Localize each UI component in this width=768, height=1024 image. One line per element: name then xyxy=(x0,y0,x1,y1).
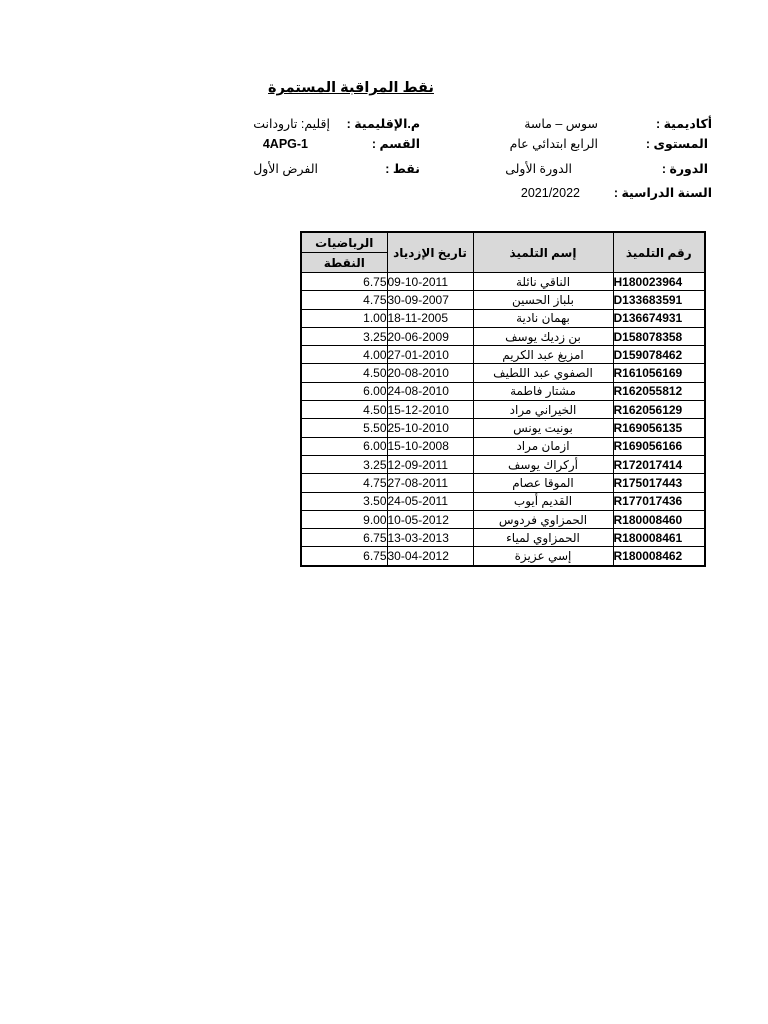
col-header-dob: تاريخ الإزدياد xyxy=(387,232,473,273)
student-id-cell: R180008460 xyxy=(613,510,705,528)
table-row: D158078358بن زديك يوسف20-06-20093.25 xyxy=(301,327,705,345)
grade-cell: 3.50 xyxy=(301,492,387,510)
student-name-cell: إسي عزيزة xyxy=(473,547,613,566)
dob-cell: 12-09-2011 xyxy=(387,455,473,473)
col-header-student-id: رقم التلميذ xyxy=(613,232,705,273)
table-row: R180008461الحمزاوي لمياء13-03-20136.75 xyxy=(301,529,705,547)
level-label: المستوى : xyxy=(646,137,708,152)
student-id-cell: R162056129 xyxy=(613,401,705,419)
grade-cell: 3.25 xyxy=(301,327,387,345)
table-row: R161056169الصفوي عبد اللطيف20-08-20104.5… xyxy=(301,364,705,382)
student-name-cell: بونيت يونس xyxy=(473,419,613,437)
session-label: الدورة : xyxy=(662,162,708,177)
dob-cell: 10-05-2012 xyxy=(387,510,473,528)
table-row: D136674931بهمان نادية18-11-20051.00 xyxy=(301,309,705,327)
dob-cell: 30-09-2007 xyxy=(387,291,473,309)
col-header-subject: الرياضيات xyxy=(301,232,387,253)
student-name-cell: أركراك يوسف xyxy=(473,455,613,473)
dob-cell: 13-03-2013 xyxy=(387,529,473,547)
table-row: R169056135بونيت يونس25-10-20105.50 xyxy=(301,419,705,437)
student-name-cell: امزيغ عبد الكريم xyxy=(473,346,613,364)
grade-cell: 4.50 xyxy=(301,401,387,419)
grade-cell: 9.00 xyxy=(301,510,387,528)
grade-cell: 6.75 xyxy=(301,529,387,547)
marks-value: الفرض الأول xyxy=(253,162,318,177)
student-name-cell: الناقي نائلة xyxy=(473,273,613,291)
student-name-cell: الموقا عصام xyxy=(473,474,613,492)
academy-value: سوس – ماسة xyxy=(524,117,598,132)
dob-cell: 20-06-2009 xyxy=(387,327,473,345)
school-year-value: 2021/2022 xyxy=(521,186,580,201)
student-id-cell: R162055812 xyxy=(613,382,705,400)
student-name-cell: الخيراني مراد xyxy=(473,401,613,419)
table-row: D159078462امزيغ عبد الكريم27-01-20104.00 xyxy=(301,346,705,364)
grade-cell: 1.00 xyxy=(301,309,387,327)
level-value: الرابع ابتدائي عام xyxy=(510,137,598,152)
dob-cell: 24-05-2011 xyxy=(387,492,473,510)
grade-cell: 4.75 xyxy=(301,291,387,309)
student-name-cell: الصفوي عبد اللطيف xyxy=(473,364,613,382)
table-row: R169056166ازمان مراد15-10-20086.00 xyxy=(301,437,705,455)
student-name-cell: الحمزاوي فردوس xyxy=(473,510,613,528)
dob-cell: 20-08-2010 xyxy=(387,364,473,382)
marks-label: نقط : xyxy=(385,162,420,177)
table-row: R172017414أركراك يوسف12-09-20113.25 xyxy=(301,455,705,473)
document-page: نقط المراقبة المستمرة أكاديمية : سوس – م… xyxy=(0,0,768,1024)
grade-cell: 6.00 xyxy=(301,437,387,455)
province-directorate-value: إقليم: تارودانت xyxy=(253,117,330,132)
student-name-cell: مشتار فاطمة xyxy=(473,382,613,400)
student-name-cell: بن زديك يوسف xyxy=(473,327,613,345)
dob-cell: 15-12-2010 xyxy=(387,401,473,419)
header-row-1: رقم التلميذ إسم التلميذ تاريخ الإزدياد ا… xyxy=(301,232,705,253)
province-directorate-label: م.الإقليمية : xyxy=(347,117,420,132)
grades-table: رقم التلميذ إسم التلميذ تاريخ الإزدياد ا… xyxy=(300,231,706,567)
dob-cell: 09-10-2011 xyxy=(387,273,473,291)
grade-cell: 4.75 xyxy=(301,474,387,492)
student-name-cell: القديم أيوب xyxy=(473,492,613,510)
student-id-cell: R169056135 xyxy=(613,419,705,437)
student-id-cell: R177017436 xyxy=(613,492,705,510)
student-name-cell: الحمزاوي لمياء xyxy=(473,529,613,547)
academy-label: أكاديمية : xyxy=(656,117,712,132)
dob-cell: 30-04-2012 xyxy=(387,547,473,566)
dob-cell: 24-08-2010 xyxy=(387,382,473,400)
student-id-cell: R175017443 xyxy=(613,474,705,492)
table-row: R175017443الموقا عصام27-08-20114.75 xyxy=(301,474,705,492)
session-value: الدورة الأولى xyxy=(505,162,572,177)
dob-cell: 18-11-2005 xyxy=(387,309,473,327)
grade-cell: 6.75 xyxy=(301,547,387,566)
student-id-cell: R169056166 xyxy=(613,437,705,455)
dob-cell: 15-10-2008 xyxy=(387,437,473,455)
table-row: R180008460الحمزاوي فردوس10-05-20129.00 xyxy=(301,510,705,528)
dob-cell: 27-08-2011 xyxy=(387,474,473,492)
col-header-grade: النقطة xyxy=(301,253,387,273)
student-name-cell: بهمان نادية xyxy=(473,309,613,327)
student-name-cell: ازمان مراد xyxy=(473,437,613,455)
dob-cell: 25-10-2010 xyxy=(387,419,473,437)
page-title: نقط المراقبة المستمرة xyxy=(266,80,436,96)
student-id-cell: D133683591 xyxy=(613,291,705,309)
student-id-cell: D136674931 xyxy=(613,309,705,327)
table-row: R180008462إسي عزيزة30-04-20126.75 xyxy=(301,547,705,566)
grade-cell: 6.75 xyxy=(301,273,387,291)
table-row: H180023964الناقي نائلة09-10-20116.75 xyxy=(301,273,705,291)
student-table-body: H180023964الناقي نائلة09-10-20116.75D133… xyxy=(301,273,705,566)
grade-cell: 3.25 xyxy=(301,455,387,473)
student-name-cell: بلباز الحسين xyxy=(473,291,613,309)
grade-cell: 4.50 xyxy=(301,364,387,382)
student-id-cell: R180008461 xyxy=(613,529,705,547)
dob-cell: 27-01-2010 xyxy=(387,346,473,364)
student-id-cell: R172017414 xyxy=(613,455,705,473)
table-row: R162056129الخيراني مراد15-12-20104.50 xyxy=(301,401,705,419)
table-row: R177017436القديم أيوب24-05-20113.50 xyxy=(301,492,705,510)
student-id-cell: R161056169 xyxy=(613,364,705,382)
grades-table-header: رقم التلميذ إسم التلميذ تاريخ الإزدياد ا… xyxy=(301,232,705,273)
table-row: D133683591بلباز الحسين30-09-20074.75 xyxy=(301,291,705,309)
student-id-cell: H180023964 xyxy=(613,273,705,291)
class-value: 4APG-1 xyxy=(263,137,308,152)
student-id-cell: D159078462 xyxy=(613,346,705,364)
col-header-student-name: إسم التلميذ xyxy=(473,232,613,273)
school-year-label: السنة الدراسية : xyxy=(614,186,712,201)
table-row: R162055812مشتار فاطمة24-08-20106.00 xyxy=(301,382,705,400)
grade-cell: 4.00 xyxy=(301,346,387,364)
student-id-cell: D158078358 xyxy=(613,327,705,345)
grade-cell: 6.00 xyxy=(301,382,387,400)
class-label: القسم : xyxy=(372,137,420,152)
student-id-cell: R180008462 xyxy=(613,547,705,566)
grade-cell: 5.50 xyxy=(301,419,387,437)
